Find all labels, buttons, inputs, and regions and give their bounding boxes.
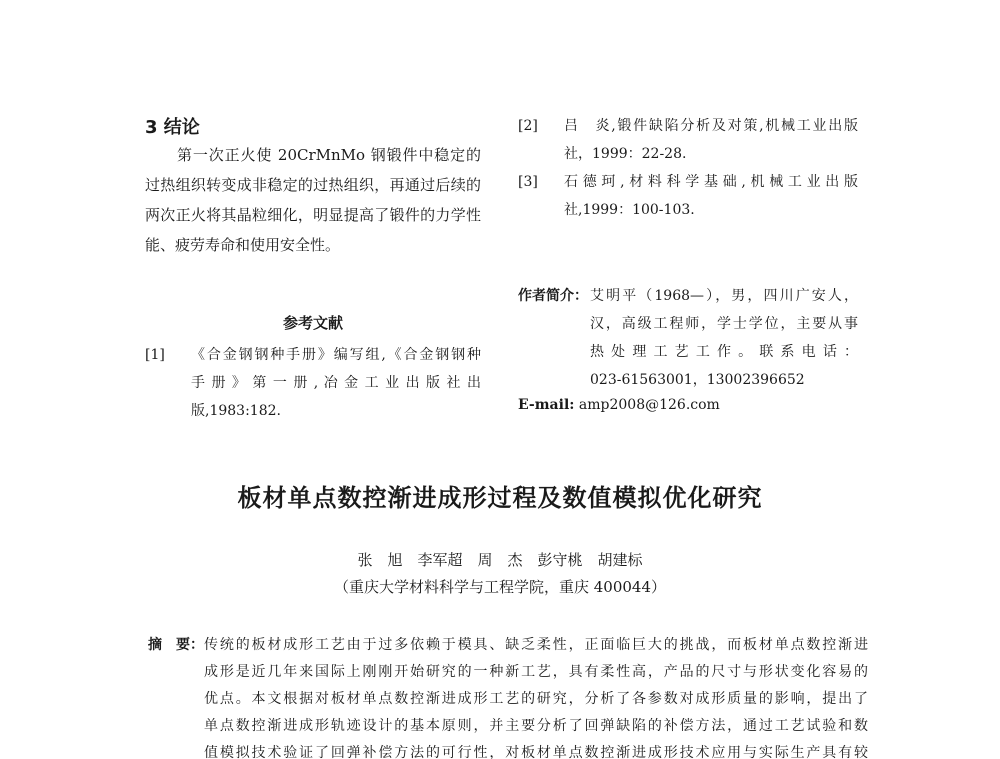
email-label: E-mail:	[518, 397, 574, 413]
abstract-line: 成形是近几年来国际上刚刚开始研究的一种新工艺，具有柔性高，产品的尺寸与形状变化容…	[204, 659, 868, 686]
reference-line: 吕 炎,锻件缺陷分析及对策,机械工业出版	[564, 112, 858, 140]
reference-line: 版,1983:182.	[191, 397, 481, 425]
abstract-line: 传统的板材成形工艺由于过多依赖于模具、缺乏柔性，正面临巨大的挑战，而板材单点数控…	[204, 632, 868, 659]
references-title: 参考文献	[145, 312, 481, 333]
paper-authors: 张 旭 李军超 周 杰 彭守桃 胡建标	[0, 549, 1000, 570]
reference-item-1: [1] 《合金钢钢种手册》编写组,《合金钢钢种 手 册 》 第 一 册 , 冶 …	[145, 341, 481, 431]
conclusion-heading: 3 结论	[145, 113, 200, 139]
conclusion-paragraph: 第一次正火使 20CrMnMo 钢锻件中稳定的过热组织转变成非稳定的过热组织，再…	[145, 140, 481, 260]
reference-line: 社，1999：22-28.	[564, 140, 858, 168]
reference-item-3: [3] 石德珂,材料科学基础,机械工业出版 社,1999：100-103.	[518, 168, 858, 228]
paper-title: 板材单点数控渐进成形过程及数值模拟优化研究	[0, 478, 1000, 513]
abstract-line: 单点数控渐进成形轨迹设计的基本原则，并主要分析了回弹缺陷的补偿方法，通过工艺试验…	[204, 713, 868, 740]
reference-text: 吕 炎,锻件缺陷分析及对策,机械工业出版 社，1999：22-28.	[564, 112, 858, 168]
author-bio-label: 作者简介：	[518, 282, 588, 310]
reference-item-2: [2] 吕 炎,锻件缺陷分析及对策,机械工业出版 社，1999：22-28.	[518, 112, 858, 172]
reference-line: 石德珂,材料科学基础,机械工业出版	[564, 168, 858, 196]
abstract-line: 优点。本文根据对板材单点数控渐进成形工艺的研究，分析了各参数对成形质量的影响，提…	[204, 686, 868, 713]
abstract-label: 摘 要：	[148, 632, 204, 659]
author-bio-line: 艾明平（1968—），男，四川广安人，	[590, 282, 858, 310]
author-bio-line: 汉，高级工程师，学士学位，主要从事	[590, 310, 858, 338]
paper-affiliation: （重庆大学材料科学与工程学院，重庆 400044）	[0, 576, 1000, 597]
reference-text: 《合金钢钢种手册》编写组,《合金钢钢种 手 册 》 第 一 册 , 冶 金 工 …	[191, 341, 481, 425]
reference-line: 《合金钢钢种手册》编写组,《合金钢钢种	[191, 341, 481, 369]
reference-number: [3]	[518, 168, 538, 196]
abstract-line: 值模拟技术验证了回弹补偿方法的可行性，对板材单点数控渐进成形技术应用与实际生产具…	[204, 740, 868, 759]
author-email: E-mail: amp2008@126.com	[518, 397, 720, 413]
reference-line: 社,1999：100-103.	[564, 196, 858, 224]
abstract-text: 传统的板材成形工艺由于过多依赖于模具、缺乏柔性，正面临巨大的挑战，而板材单点数控…	[204, 632, 868, 759]
author-bio-line: 热处理工艺工作。联系电话：	[590, 338, 858, 366]
author-bio-line: 023-61563001，13002396652	[590, 366, 858, 394]
email-address: amp2008@126.com	[579, 397, 720, 413]
author-bio-text: 艾明平（1968—），男，四川广安人， 汉，高级工程师，学士学位，主要从事 热处…	[590, 282, 858, 394]
reference-line: 手 册 》 第 一 册 , 冶 金 工 业 出 版 社 出	[191, 369, 481, 397]
reference-number: [2]	[518, 112, 538, 140]
reference-text: 石德珂,材料科学基础,机械工业出版 社,1999：100-103.	[564, 168, 858, 224]
reference-number: [1]	[145, 341, 165, 369]
